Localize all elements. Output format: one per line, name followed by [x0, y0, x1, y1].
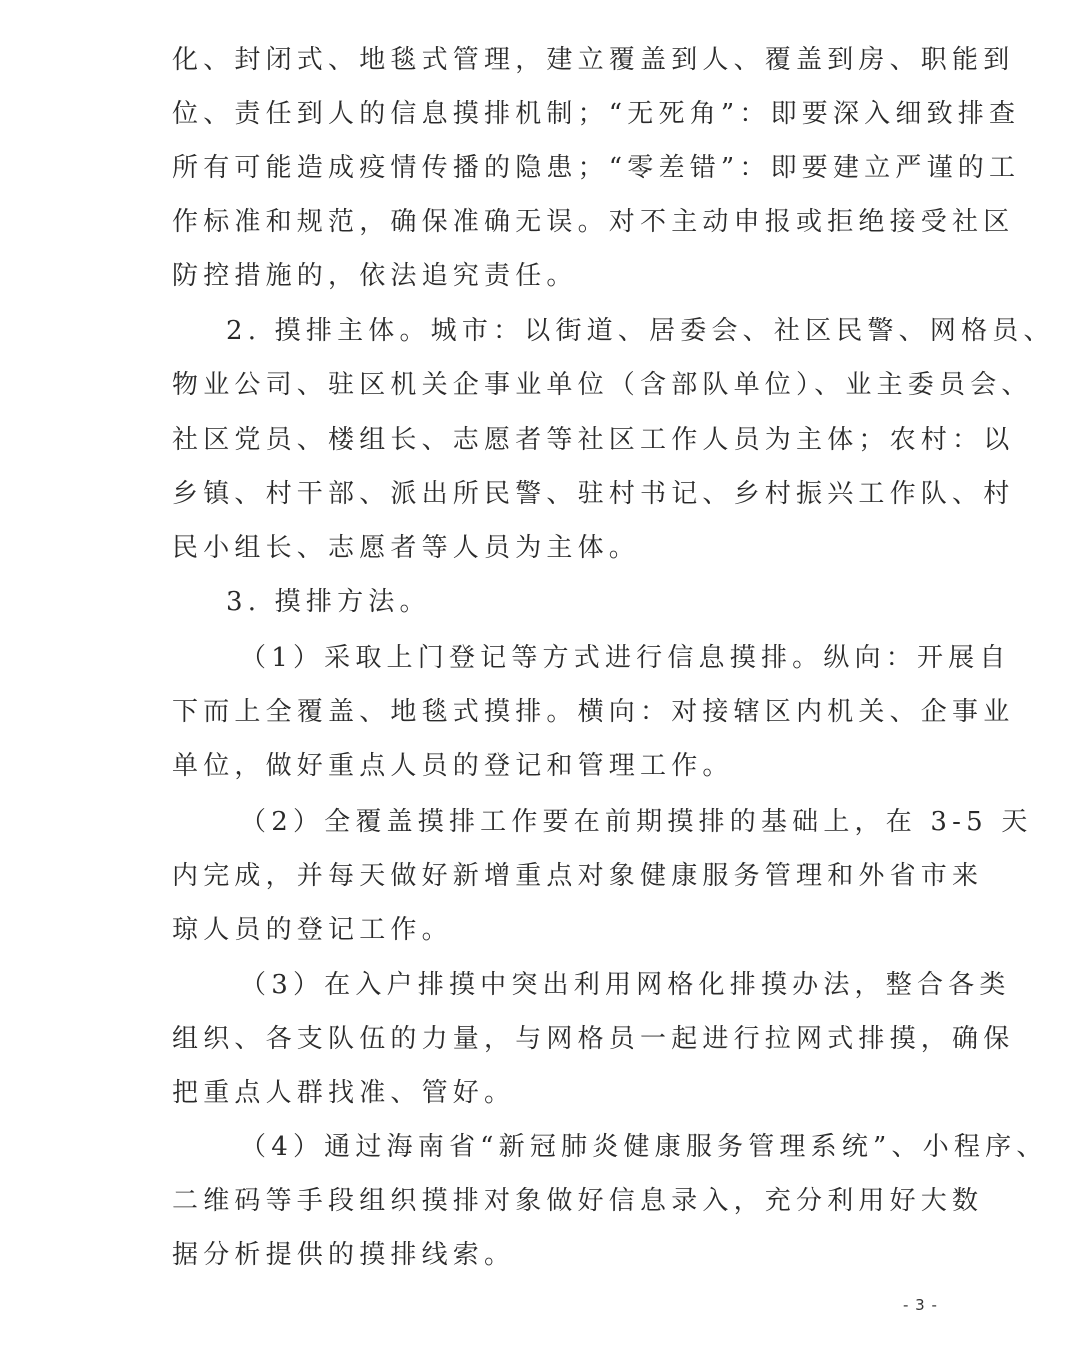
method-3-line: （3）在入户排摸中突出利用网格化排摸办法，整合各类: [240, 968, 932, 1002]
method-1-line: （1）采取上门登记等方式进行信息摸排。纵向：开展自: [240, 641, 932, 675]
section-2-line: 民小组长、志愿者等人员为主体。: [172, 531, 932, 565]
method-2-line: （2）全覆盖摸排工作要在前期摸排的基础上，在 3-5 天: [240, 805, 932, 839]
paragraph-continuation-line: 作标准和规范，确保准确无误。对不主动申报或拒绝接受社区: [172, 205, 932, 239]
paragraph-continuation-line: 所有可能造成疫情传播的隐患；“零差错”：即要建立严谨的工: [172, 151, 932, 185]
paragraph-continuation-line: 防控措施的，依法追究责任。: [172, 259, 932, 293]
method-1-line: 单位，做好重点人员的登记和管理工作。: [172, 749, 932, 783]
page-number: - 3 -: [903, 1296, 938, 1314]
section-3-heading: 3. 摸排方法。: [226, 585, 932, 619]
method-2-line: 琼人员的登记工作。: [172, 913, 932, 947]
method-1-line: 下而上全覆盖、地毯式摸排。横向：对接辖区内机关、企事业: [172, 695, 932, 729]
method-4-line: （4）通过海南省“新冠肺炎健康服务管理系统”、小程序、: [240, 1130, 932, 1164]
paragraph-continuation-line: 位、责任到人的信息摸排机制；“无死角”：即要深入细致排查: [172, 97, 932, 131]
method-4-line: 据分析提供的摸排线索。: [172, 1238, 932, 1272]
method-2-line: 内完成，并每天做好新增重点对象健康服务管理和外省市来: [172, 859, 932, 893]
paragraph-continuation-line: 化、封闭式、地毯式管理，建立覆盖到人、覆盖到房、职能到: [172, 43, 932, 77]
section-2-line: 社区党员、楼组长、志愿者等社区工作人员为主体；农村：以: [172, 423, 932, 457]
section-2-line: 物业公司、驻区机关企事业单位（含部队单位）、业主委员会、: [172, 368, 932, 402]
method-3-line: 把重点人群找准、管好。: [172, 1076, 932, 1110]
section-2-heading-line: 2. 摸排主体。城市：以街道、居委会、社区民警、网格员、: [226, 314, 932, 348]
method-3-line: 组织、各支队伍的力量，与网格员一起进行拉网式排摸，确保: [172, 1022, 932, 1056]
section-2-line: 乡镇、村干部、派出所民警、驻村书记、乡村振兴工作队、村: [172, 477, 932, 511]
document-page: 化、封闭式、地毯式管理，建立覆盖到人、覆盖到房、职能到 位、责任到人的信息摸排机…: [0, 0, 1069, 1350]
method-4-line: 二维码等手段组织摸排对象做好信息录入，充分利用好大数: [172, 1184, 932, 1218]
